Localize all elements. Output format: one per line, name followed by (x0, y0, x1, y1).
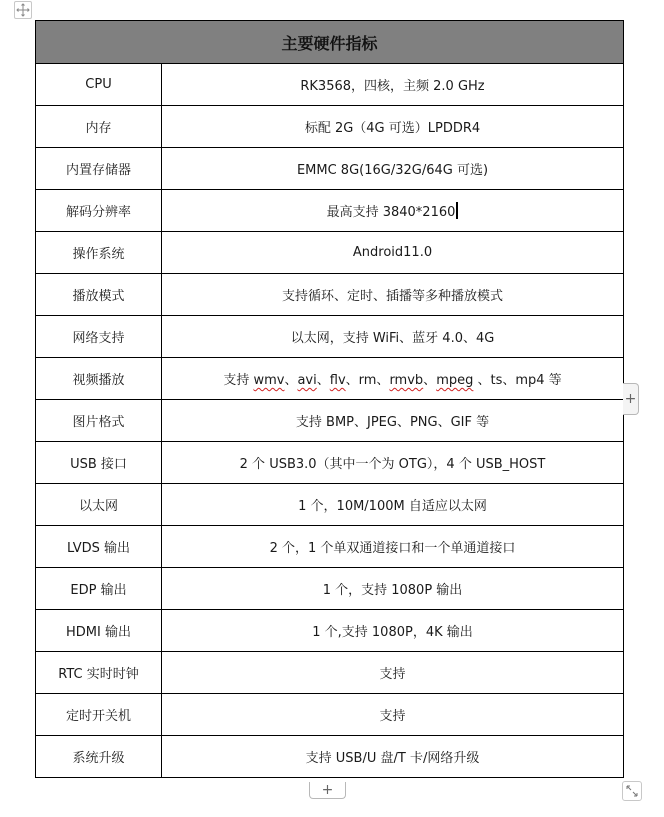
table-row: 图片格式 支持 BMP、JPEG、PNG、GIF 等 (36, 400, 624, 442)
resize-icon (623, 782, 641, 800)
spec-value[interactable]: 支持 BMP、JPEG、PNG、GIF 等 (162, 400, 624, 442)
text: 、 (284, 373, 297, 388)
spec-label[interactable]: 操作系统 (36, 232, 162, 274)
table-row: 系统升级 支持 USB/U 盘/T 卡/网络升级 (36, 736, 624, 778)
spec-value[interactable]: 2 个，1 个单双通道接口和一个单通道接口 (162, 526, 624, 568)
spellcheck-word[interactable]: flv (330, 373, 346, 388)
table-row: 以太网 1 个，10M/100M 自适应以太网 (36, 484, 624, 526)
spec-value-cell[interactable]: 支持 wmv、avi、flv、rm、rmvb、mpeg 、ts、mp4 等 (162, 358, 624, 400)
spec-label[interactable]: 图片格式 (36, 400, 162, 442)
text: 、rm、 (346, 373, 390, 388)
spec-label[interactable]: 视频播放 (36, 358, 162, 400)
add-row-button[interactable]: + (309, 782, 346, 799)
table-row: 定时开关机 支持 (36, 694, 624, 736)
spec-label[interactable]: EDP 输出 (36, 568, 162, 610)
table-row: EDP 输出 1 个，支持 1080P 输出 (36, 568, 624, 610)
table-row: 操作系统 Android11.0 (36, 232, 624, 274)
spec-value[interactable]: 1 个,支持 1080P，4K 输出 (162, 610, 624, 652)
table-row: 解码分辨率 最高支持 3840*2160 (36, 190, 624, 232)
table-header-row: 主要硬件指标 (36, 21, 624, 64)
spec-label[interactable]: 播放模式 (36, 274, 162, 316)
plus-icon: + (322, 782, 334, 798)
spec-value[interactable]: 支持 (162, 694, 624, 736)
table-row: 视频播放 支持 wmv、avi、flv、rm、rmvb、mpeg 、ts、mp4… (36, 358, 624, 400)
table-row: USB 接口 2 个 USB3.0（其中一个为 OTG），4 个 USB_HOS… (36, 442, 624, 484)
table-row: CPU RK3568，四核，主频 2.0 GHz (36, 64, 624, 106)
table-row: 播放模式 支持循环、定时、插播等多种播放模式 (36, 274, 624, 316)
text: 、 (317, 373, 330, 388)
spec-value[interactable]: 标配 2G（4G 可选）LPDDR4 (162, 106, 624, 148)
spec-label[interactable]: 内存 (36, 106, 162, 148)
table-row: 内置存储器 EMMC 8G(16G/32G/64G 可选) (36, 148, 624, 190)
add-column-button[interactable]: + (623, 383, 639, 415)
spec-value: 最高支持 3840*2160 (327, 205, 456, 220)
table-row: HDMI 输出 1 个,支持 1080P，4K 输出 (36, 610, 624, 652)
spec-label[interactable]: 网络支持 (36, 316, 162, 358)
spec-value[interactable]: 支持循环、定时、插播等多种播放模式 (162, 274, 624, 316)
spellcheck-word[interactable]: mpeg (436, 373, 473, 388)
spellcheck-word[interactable]: rmvb (389, 373, 423, 388)
spec-value-cell[interactable]: 最高支持 3840*2160 (162, 190, 624, 232)
spec-value[interactable]: RK3568，四核，主频 2.0 GHz (162, 64, 624, 106)
spec-label[interactable]: 定时开关机 (36, 694, 162, 736)
spec-value[interactable]: 以太网，支持 WiFi、蓝牙 4.0、4G (162, 316, 624, 358)
spec-value[interactable]: 支持 USB/U 盘/T 卡/网络升级 (162, 736, 624, 778)
move-icon (16, 3, 30, 17)
spec-label[interactable]: HDMI 输出 (36, 610, 162, 652)
hardware-spec-table: 主要硬件指标 CPU RK3568，四核，主频 2.0 GHz 内存 标配 2G… (35, 20, 624, 778)
table-row: 网络支持 以太网，支持 WiFi、蓝牙 4.0、4G (36, 316, 624, 358)
text: 、 (423, 373, 436, 388)
text-cursor (456, 202, 458, 219)
table-resize-handle[interactable] (622, 781, 642, 801)
plus-icon: + (625, 391, 637, 407)
table-row: RTC 实时时钟 支持 (36, 652, 624, 694)
spec-label[interactable]: LVDS 输出 (36, 526, 162, 568)
spec-value[interactable]: 支持 (162, 652, 624, 694)
table-row: LVDS 输出 2 个，1 个单双通道接口和一个单通道接口 (36, 526, 624, 568)
spec-value[interactable]: 1 个，支持 1080P 输出 (162, 568, 624, 610)
spellcheck-word[interactable]: wmv (253, 373, 284, 388)
spec-label[interactable]: 内置存储器 (36, 148, 162, 190)
spec-value[interactable]: 2 个 USB3.0（其中一个为 OTG），4 个 USB_HOST (162, 442, 624, 484)
spec-label[interactable]: USB 接口 (36, 442, 162, 484)
spec-value[interactable]: 1 个，10M/100M 自适应以太网 (162, 484, 624, 526)
table-row: 内存 标配 2G（4G 可选）LPDDR4 (36, 106, 624, 148)
spellcheck-word[interactable]: avi (297, 373, 316, 388)
table-title[interactable]: 主要硬件指标 (36, 21, 624, 64)
spec-value[interactable]: EMMC 8G(16G/32G/64G 可选) (162, 148, 624, 190)
table-move-handle[interactable] (14, 1, 32, 19)
spec-label[interactable]: CPU (36, 64, 162, 106)
spec-label[interactable]: 系统升级 (36, 736, 162, 778)
spec-label[interactable]: RTC 实时时钟 (36, 652, 162, 694)
text: 支持 (223, 373, 253, 388)
spec-value[interactable]: Android11.0 (162, 232, 624, 274)
spec-label[interactable]: 以太网 (36, 484, 162, 526)
spec-label[interactable]: 解码分辨率 (36, 190, 162, 232)
text: 、ts、mp4 等 (473, 373, 561, 388)
